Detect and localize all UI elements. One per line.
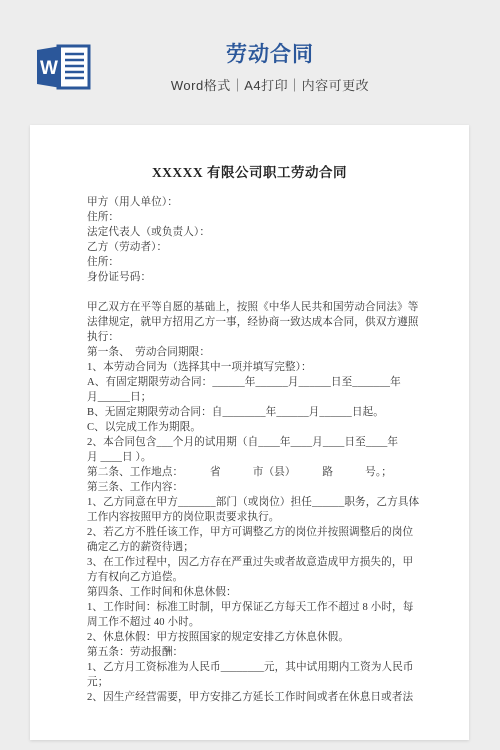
contract-line: 甲乙双方在平等自愿的基础上，按照《中华人民共和国劳动合同法》等 [87,300,412,315]
document-preview-page[interactable]: XXXXX 有限公司职工劳动合同 甲方（用人单位）：住所：法定代表人（或负责人）… [30,125,469,740]
contract-line: 法律规定，就甲方招用乙方一事，经协商一致达成本合同，供双方遵照 [87,315,412,330]
contract-line: 1、乙方同意在甲方_______部门（或岗位）担任______职务，乙方具体 [87,495,412,510]
contract-line: 方有权向乙方追偿。 [87,570,412,585]
contract-line: 1、工作时间：标准工时制，甲方保证乙方每天工作不超过 8 小时，每 [87,600,412,615]
contract-line: 执行： [87,330,412,345]
contract-line: 工作内容按照甲方的岗位职责要求执行。 [87,510,412,525]
contract-line: B、无固定期限劳动合同：自________年______月______日起。 [87,405,412,420]
contract-line: 2、休息休假：甲方按照国家的规定安排乙方休息休假。 [87,630,412,645]
contract-line: A、有固定期限劳动合同：______年______月______日至______… [87,375,412,390]
contract-line: 3、在工作过程中，因乙方存在严重过失或者故意造成甲方损失的，甲 [87,555,412,570]
contract-line: 确定乙方的薪资待遇； [87,540,412,555]
template-header: W 劳动合同 Word格式｜A4打印｜内容可更改 [0,0,500,125]
contract-line: 第五条：劳动报酬： [87,645,412,660]
contract-line: 乙方（劳动者）： [87,240,412,255]
contract-line: 住所： [87,255,412,270]
contract-line: 月______日； [87,390,412,405]
contract-line: 第二条、工作地点： 省 市（县） 路 号。； [87,465,412,480]
contract-line: 身份证号码： [87,270,412,285]
contract-line: C、以完成工作为期限。 [87,420,412,435]
contract-line: 1、本劳动合同为（选择其中一项并填写完整）： [87,360,412,375]
contract-line: 1、乙方月工资标准为人民币________元，其中试用期内工资为人民币 [87,660,412,675]
contract-line: 2、因生产经营需要，甲方安排乙方延长工作时间或者在休息日或者法 [87,690,412,705]
contract-line: 第三条、工作内容： [87,480,412,495]
contract-line: 2、若乙方不胜任该工作，甲方可调整乙方的岗位并按照调整后的岗位 [87,525,412,540]
contract-line: 法定代表人（或负责人）： [87,225,412,240]
contract-line: 第四条、工作时间和休息休假： [87,585,412,600]
page-subtitle: Word格式｜A4打印｜内容可更改 [40,75,500,94]
page-title: 劳动合同 [40,42,500,68]
contract-line: 住所： [87,210,412,225]
contract-line [87,285,412,300]
contract-line: 2、本合同包含___个月的试用期（自____年____月____日至____年 [87,435,412,450]
contract-title: XXXXX 有限公司职工劳动合同 [87,161,412,181]
contract-line: 第一条、 劳动合同期限： [87,345,412,360]
contract-lines: 甲方（用人单位）：住所：法定代表人（或负责人）：乙方（劳动者）：住所：身份证号码… [87,195,412,705]
contract-line: 元； [87,675,412,690]
contract-line: 月 ____日 ）。 [87,450,412,465]
contract-line: 周工作不超过 40 小时。 [87,615,412,630]
contract-body: XXXXX 有限公司职工劳动合同 甲方（用人单位）：住所：法定代表人（或负责人）… [30,125,469,705]
contract-line: 甲方（用人单位）： [87,195,412,210]
